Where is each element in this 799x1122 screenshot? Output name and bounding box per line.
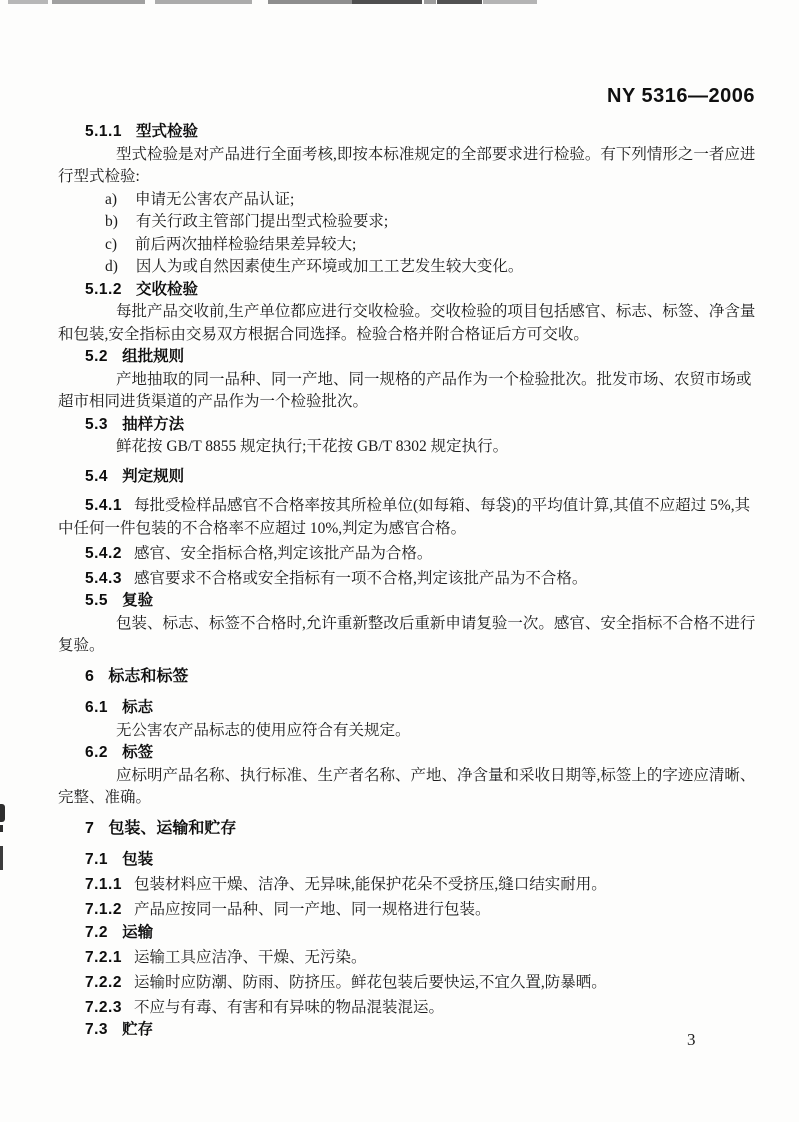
- paragraph: 包装、标志、标签不合格时,允许重新整改后重新申请复验一次。感官、安全指标不合格不…: [58, 613, 758, 658]
- list-item: b)有关行政主管部门提出型式检验要求;: [58, 211, 758, 234]
- scan-artifact-left-mark: [0, 825, 3, 832]
- clause-heading: 5.3抽样方法: [85, 414, 758, 437]
- paragraph: 每批产品交收前,生产单位都应进行交收检验。交收检验的项目包括感官、标志、标签、净…: [58, 301, 758, 346]
- list-item-marker: b): [105, 213, 118, 230]
- clause-number: 7: [85, 820, 94, 837]
- page-number: 3: [687, 1030, 696, 1050]
- clause-heading-spaced: 5.4判定规则: [85, 466, 758, 489]
- paragraph: 产地抽取的同一品种、同一产地、同一规格的产品作为一个检验批次。批发市场、农贸市场…: [58, 369, 758, 414]
- clause-number: 6.2: [85, 744, 108, 761]
- clause-heading: 6.1标志: [85, 697, 758, 720]
- list-item: d)因人为或自然因素使生产环境或加工工艺发生较大变化。: [58, 256, 758, 279]
- clause-heading: 7.2运输: [85, 922, 758, 945]
- clause-number: 6.1: [85, 699, 108, 716]
- clause-number: 5.4.1: [85, 497, 122, 514]
- scan-artifact-left-mark: [0, 804, 5, 822]
- clause-number: 7.2.3: [85, 999, 122, 1016]
- list-item-text: 申请无公害农产品认证;: [135, 191, 294, 208]
- document-body: 5.1.1型式检验型式检验是对产品进行全面考核,即按本标准规定的全部要求进行检验…: [58, 121, 758, 1042]
- clause-heading: 7.1包装: [85, 849, 758, 872]
- chapter-heading: 6标志和标签: [85, 666, 758, 689]
- numbered-clause: 7.2.2运输时应防潮、防雨、防挤压。鲜花包装后要快运,不宜久置,防暴晒。: [58, 972, 758, 995]
- list-item-marker: c): [105, 236, 117, 253]
- clause-text: 不应与有毒、有害和有异味的物品混装混运。: [134, 999, 444, 1016]
- clause-number: 5.5: [85, 592, 108, 609]
- clause-text: 判定规则: [122, 468, 184, 485]
- clause-number: 7.2: [85, 924, 108, 941]
- paragraph: 鲜花按 GB/T 8855 规定执行;干花按 GB/T 8302 规定执行。: [58, 436, 758, 459]
- document-page: NY 5316—2006 5.1.1型式检验型式检验是对产品进行全面考核,即按本…: [0, 0, 799, 1122]
- paragraph: 无公害农产品标志的使用应符合有关规定。: [58, 720, 758, 743]
- paragraph: 应标明产品名称、执行标准、生产者名称、产地、净含量和采收日期等,标签上的字迹应清…: [58, 765, 758, 810]
- clause-heading: 5.2组批规则: [85, 346, 758, 369]
- numbered-clause: 7.1.2产品应按同一品种、同一产地、同一规格进行包装。: [58, 899, 758, 922]
- list-item-text: 有关行政主管部门提出型式检验要求;: [136, 213, 388, 230]
- clause-text: 包装: [122, 851, 153, 868]
- clause-heading: 7.3贮存: [85, 1019, 758, 1042]
- clause-text: 包装、运输和贮存: [108, 820, 236, 837]
- clause-text: 感官要求不合格或安全指标有一项不合格,判定该批产品为不合格。: [134, 570, 587, 587]
- clause-text: 标志和标签: [108, 668, 188, 685]
- clause-text: 运输时应防潮、防雨、防挤压。鲜花包装后要快运,不宜久置,防暴晒。: [134, 974, 607, 991]
- numbered-clause: 7.2.3不应与有毒、有害和有异味的物品混装混运。: [58, 997, 758, 1020]
- scan-artifact-top-band: [0, 0, 799, 5]
- clause-text: 抽样方法: [122, 416, 184, 433]
- clause-number: 5.4.2: [85, 545, 122, 562]
- clause-heading: 5.1.1型式检验: [85, 121, 758, 144]
- clause-text: 每批受检样品感官不合格率按其所检单位(如每箱、每袋)的平均值计算,其值不应超过 …: [58, 497, 750, 537]
- clause-text: 运输: [122, 924, 153, 941]
- clause-number: 5.3: [85, 416, 108, 433]
- clause-number: 7.2.1: [85, 949, 122, 966]
- clause-number: 7.1.2: [85, 901, 122, 918]
- clause-text: 运输工具应洁净、干燥、无污染。: [134, 949, 367, 966]
- clause-number: 7.1: [85, 851, 108, 868]
- clause-number: 6: [85, 668, 94, 685]
- clause-number: 5.4.3: [85, 570, 122, 587]
- list-item: a)申请无公害农产品认证;: [58, 189, 758, 212]
- numbered-clause: 7.2.1运输工具应洁净、干燥、无污染。: [58, 947, 758, 970]
- clause-text: 型式检验: [136, 123, 198, 140]
- clause-text: 交收检验: [136, 281, 198, 298]
- list-item-marker: a): [105, 191, 117, 208]
- clause-number: 5.2: [85, 348, 108, 365]
- clause-text: 标志: [122, 699, 153, 716]
- list-item: c)前后两次抽样检验结果差异较大;: [58, 234, 758, 257]
- clause-text: 标签: [122, 744, 153, 761]
- numbered-clause: 5.4.3感官要求不合格或安全指标有一项不合格,判定该批产品为不合格。: [58, 568, 758, 591]
- clause-text: 贮存: [122, 1021, 153, 1038]
- list-item-text: 前后两次抽样检验结果差异较大;: [135, 236, 356, 253]
- clause-heading: 5.5复验: [85, 590, 758, 613]
- clause-number: 5.4: [85, 468, 108, 485]
- clause-number: 7.1.1: [85, 876, 122, 893]
- clause-text: 组批规则: [122, 348, 184, 365]
- list-item-marker: d): [105, 258, 118, 275]
- numbered-clause: 5.4.1每批受检样品感官不合格率按其所检单位(如每箱、每袋)的平均值计算,其值…: [58, 495, 758, 540]
- clause-text: 感官、安全指标合格,判定该批产品为合格。: [134, 545, 432, 562]
- paragraph: 型式检验是对产品进行全面考核,即按本标准规定的全部要求进行检验。有下列情形之一者…: [58, 144, 758, 189]
- clause-heading: 5.1.2交收检验: [85, 279, 758, 302]
- standard-code-header: NY 5316—2006: [607, 85, 755, 108]
- clause-heading: 6.2标签: [85, 742, 758, 765]
- clause-number: 5.1.1: [85, 123, 122, 140]
- chapter-heading: 7包装、运输和贮存: [85, 818, 758, 841]
- clause-number: 7.3: [85, 1021, 108, 1038]
- clause-text: 复验: [122, 592, 153, 609]
- list-item-text: 因人为或自然因素使生产环境或加工工艺发生较大变化。: [136, 258, 524, 275]
- clause-text: 产品应按同一品种、同一产地、同一规格进行包装。: [134, 901, 491, 918]
- clause-text: 包装材料应干燥、洁净、无异味,能保护花朵不受挤压,缝口结实耐用。: [134, 876, 607, 893]
- scan-artifact-left-mark: [0, 846, 3, 870]
- numbered-clause: 7.1.1包装材料应干燥、洁净、无异味,能保护花朵不受挤压,缝口结实耐用。: [58, 874, 758, 897]
- numbered-clause: 5.4.2感官、安全指标合格,判定该批产品为合格。: [58, 543, 758, 566]
- clause-number: 7.2.2: [85, 974, 122, 991]
- clause-number: 5.1.2: [85, 281, 122, 298]
